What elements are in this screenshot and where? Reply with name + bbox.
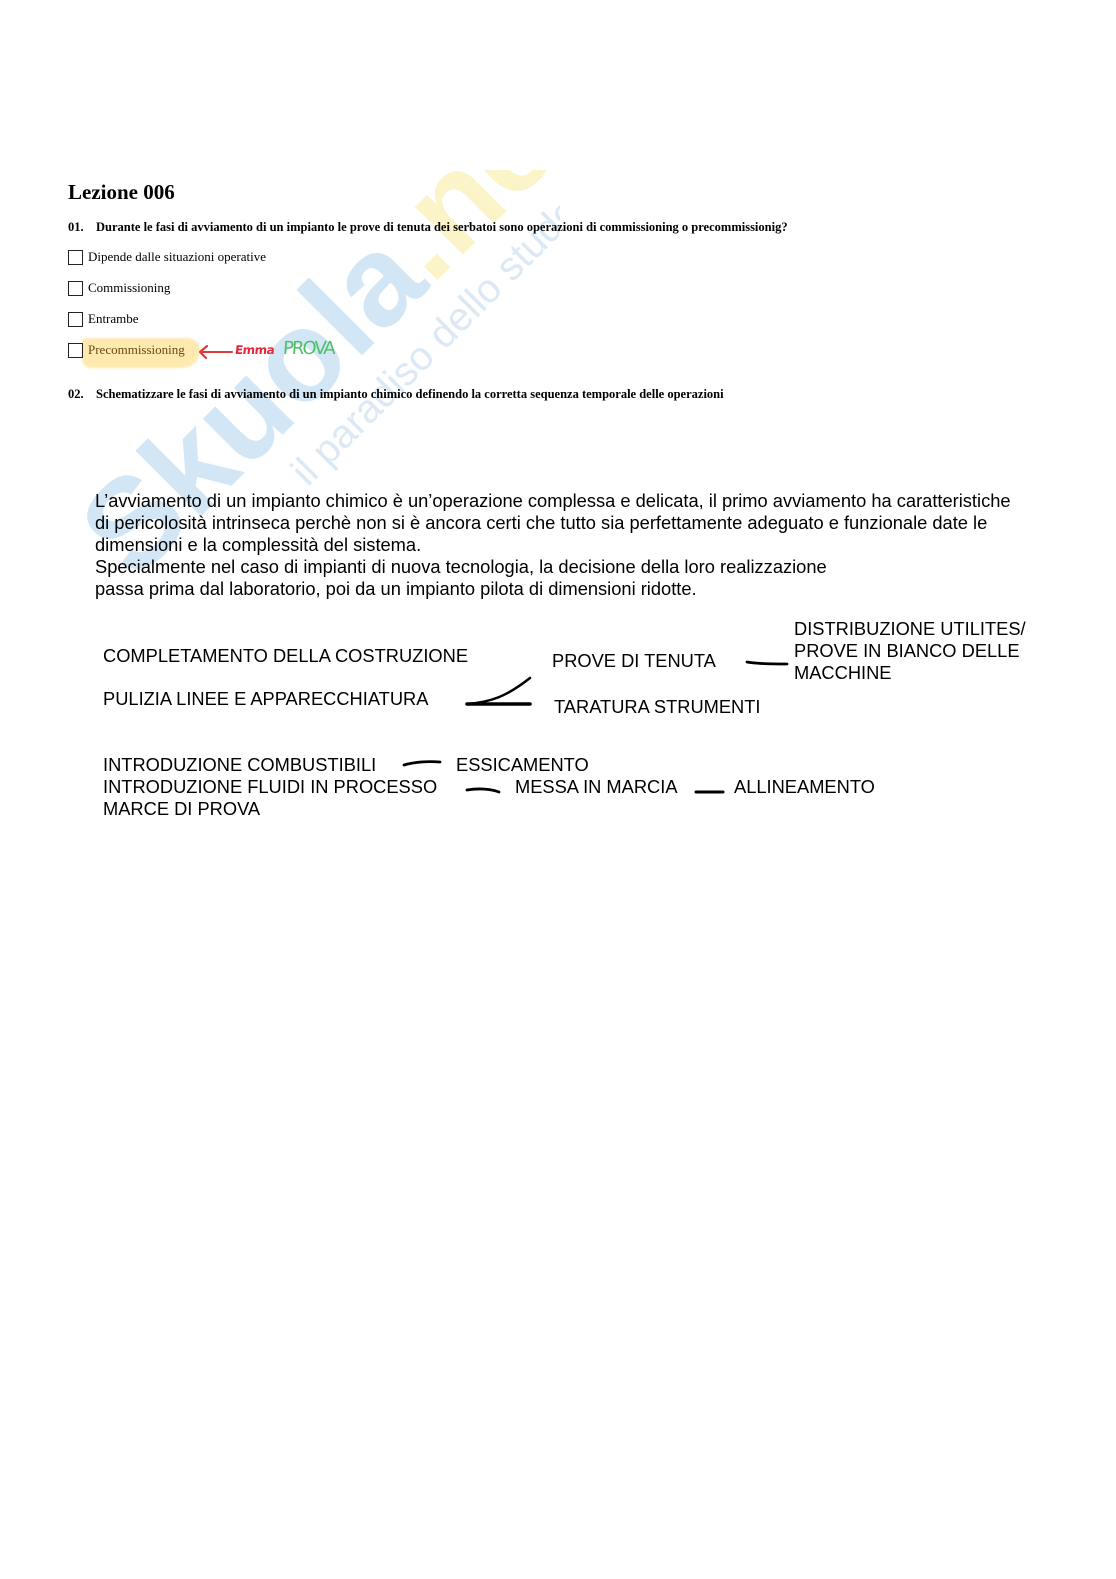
question-number: 02. <box>68 387 96 402</box>
option-label: Dipende dalle situazioni operative <box>88 249 266 265</box>
checkbox[interactable] <box>68 281 83 296</box>
step-line: PROVE IN BIANCO DELLE <box>794 640 1026 662</box>
step-pulizia: PULIZIA LINEE E APPARECCHIATURA <box>103 688 428 710</box>
step-fluidi: INTRODUZIONE FLUIDI IN PROCESSO <box>103 776 437 798</box>
paragraph-line: L’avviamento di un impianto chimico è un… <box>95 490 1095 512</box>
option-label: Precommissioning <box>88 342 185 358</box>
connector-line <box>693 785 727 797</box>
option-label: Commissioning <box>88 280 170 296</box>
connector-line <box>400 756 444 770</box>
step-line: DISTRIBUZIONE UTILITES/ <box>794 618 1026 640</box>
option-commissioning[interactable]: Commissioning <box>68 279 170 297</box>
step-allineamento: ALLINEAMENTO <box>734 776 875 798</box>
branch-connector <box>462 674 537 710</box>
option-dipende[interactable]: Dipende dalle situazioni operative <box>68 248 266 266</box>
checkbox[interactable] <box>68 343 83 358</box>
paragraph-line: passa prima dal laboratorio, poi da un i… <box>95 578 1095 600</box>
step-completamento: COMPLETAMENTO DELLA COSTRUZIONE <box>103 645 468 667</box>
handwritten-note-green: PROVA <box>282 338 334 359</box>
question-number: 01. <box>68 220 96 235</box>
paragraph-line: Specialmente nel caso di impianti di nuo… <box>95 556 1095 578</box>
connector-line <box>463 783 505 797</box>
step-prove-tenuta: PROVE DI TENUTA <box>552 650 716 672</box>
step-essicamento: ESSICAMENTO <box>456 754 589 776</box>
step-combustibili: INTRODUZIONE COMBUSTIBILI <box>103 754 376 776</box>
paragraph-line: di pericolosità intrinseca perchè non si… <box>95 512 1095 534</box>
watermark-tagline: il paradiso dello studente <box>283 170 560 494</box>
question-text: Schematizzare le fasi di avviamento di u… <box>96 387 724 401</box>
lesson-title: Lezione 006 <box>68 180 175 205</box>
question-02: 02.Schematizzare le fasi di avviamento d… <box>68 387 724 402</box>
left-arrow-icon <box>196 336 236 366</box>
option-label: Entrambe <box>88 311 139 327</box>
step-marce-prova: MARCE DI PROVA <box>103 798 260 820</box>
question-01: 01.Durante le fasi di avviamento di un i… <box>68 220 788 235</box>
paragraph-line: dimensioni e la complessità del sistema. <box>95 534 1095 556</box>
connector-line <box>743 656 791 670</box>
step-line: MACCHINE <box>794 662 1026 684</box>
checkbox[interactable] <box>68 312 83 327</box>
answer-paragraph: L’avviamento di un impianto chimico è un… <box>95 490 1095 600</box>
option-precommissioning[interactable]: Precommissioning <box>68 341 185 359</box>
document-page: Skuola .net il paradiso dello studente L… <box>0 0 1116 1579</box>
step-distribuzione: DISTRIBUZIONE UTILITES/ PROVE IN BIANCO … <box>794 618 1026 684</box>
handwritten-note-red: Emma <box>234 343 275 357</box>
option-entrambe[interactable]: Entrambe <box>68 310 139 328</box>
step-messa-marcia: MESSA IN MARCIA <box>515 776 678 798</box>
question-text: Durante le fasi di avviamento di un impi… <box>96 220 788 234</box>
checkbox[interactable] <box>68 250 83 265</box>
watermark-brand-tld: .net <box>350 170 560 306</box>
step-taratura: TARATURA STRUMENTI <box>554 696 761 718</box>
